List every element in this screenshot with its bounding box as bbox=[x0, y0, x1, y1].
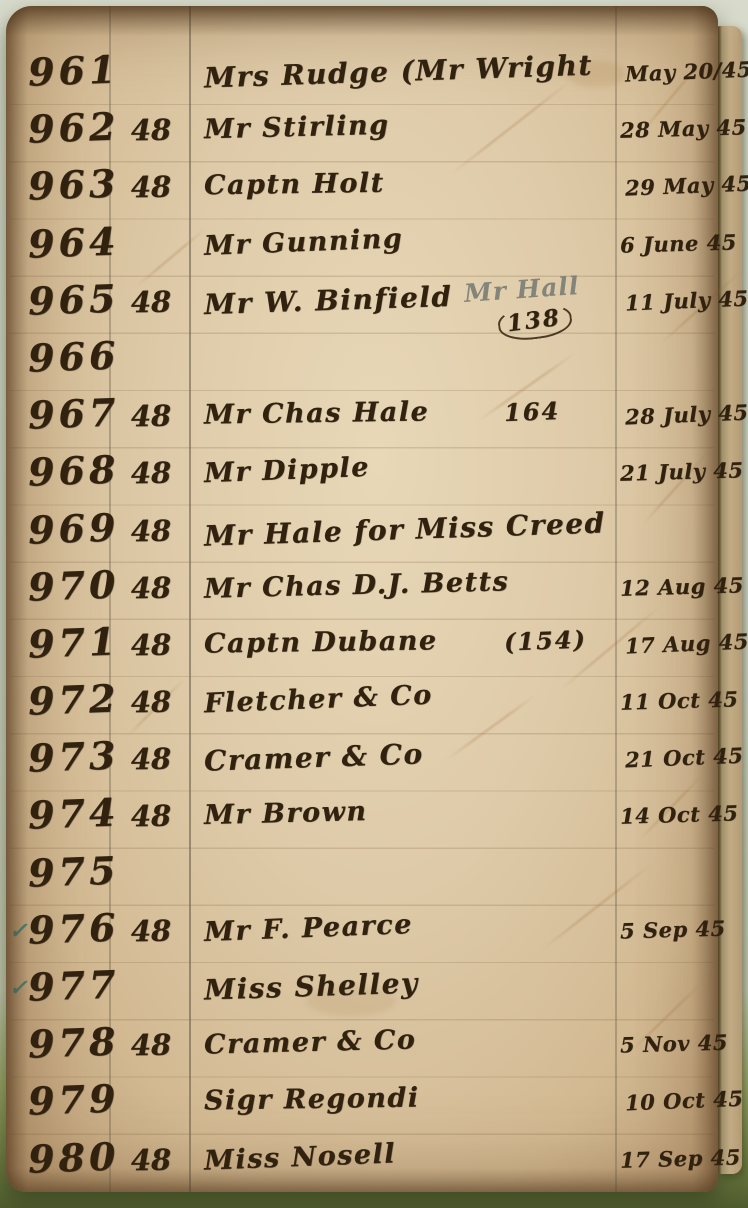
customer-name: Mr Chas Hale bbox=[204, 397, 430, 431]
ledger-row: 964 Mr Gunning 6 June 45 bbox=[6, 220, 718, 277]
entry-size: 48 bbox=[120, 399, 183, 434]
customer-name: Miss Nosell bbox=[203, 1138, 396, 1176]
ledger-row: 979 Sigr Regondi 10 Oct 45 bbox=[6, 1077, 718, 1134]
entry-number: 970 bbox=[27, 561, 120, 609]
ledger-row: 970 48 Mr Chas D.J. Betts 12 Aug 45 bbox=[6, 563, 718, 620]
entry-number: 975 bbox=[27, 847, 120, 895]
entry-size: 48 bbox=[120, 799, 183, 834]
entry-size: 48 bbox=[120, 627, 183, 662]
customer-name: Mr Dipple bbox=[203, 452, 370, 489]
entry-size: 48 bbox=[120, 1142, 183, 1177]
ledger-row: ✓ 971 48 Captn Dubane (154) 17 Aug 45 bbox=[6, 620, 718, 677]
entry-date: 5 Nov 45 bbox=[620, 1030, 729, 1058]
entry-number: 964 bbox=[27, 218, 120, 266]
ledger-row: 980 48 Miss Nosell 17 Sep 45 bbox=[6, 1135, 718, 1192]
entry-size bbox=[120, 227, 182, 228]
entry-date: May 20/45 bbox=[625, 56, 748, 86]
entry-size: 48 bbox=[120, 742, 183, 777]
entry-date: 28 July 45 bbox=[625, 400, 748, 430]
ledger-row: 966 bbox=[6, 334, 718, 391]
entry-number: 962 bbox=[27, 104, 120, 152]
customer-name: Mrs Rudge (Mr Wright bbox=[204, 49, 594, 95]
ledger-row: 975 bbox=[6, 849, 718, 906]
entry-size: 48 bbox=[120, 513, 183, 548]
customer-name: Mr Hale for Miss Creed bbox=[204, 506, 607, 552]
customer-name: Cramer & Co bbox=[204, 1025, 417, 1061]
customer-name: Captn Holt bbox=[204, 168, 385, 202]
entry-number: 967 bbox=[27, 390, 120, 438]
customer-name: Miss Shelley bbox=[204, 966, 420, 1006]
ledger-row: 965 48 Mr W. Binfield Mr Hall 138 11 Jul… bbox=[6, 277, 718, 334]
margin-checkmark-icon: ✓ bbox=[9, 975, 27, 1001]
ledger-row: 967 48 Mr Chas Hale 164 28 July 45 bbox=[6, 391, 718, 448]
margin-checkmark-icon: ✓ bbox=[9, 918, 27, 944]
customer-name: Mr Chas D.J. Betts bbox=[204, 566, 510, 604]
entry-number: 969 bbox=[27, 504, 120, 552]
ledger-row: ✓ 977 Miss Shelley bbox=[6, 963, 718, 1020]
customer-name: Mr Brown bbox=[204, 796, 368, 831]
customer-name: Mr F. Pearce bbox=[203, 909, 413, 948]
ledger-row: 962 48 Mr Stirling 28 May 45 bbox=[6, 105, 718, 162]
entry-number: 966 bbox=[27, 332, 120, 380]
customer-name: Sigr Regondi bbox=[204, 1083, 420, 1117]
entry-number: 965 bbox=[27, 275, 120, 323]
customer-name: Fletcher & Co bbox=[203, 680, 433, 720]
entry-date: 10 Oct 45 bbox=[625, 1086, 744, 1116]
ledger-row: ✓ 976 48 Mr F. Pearce 5 Sep 45 bbox=[6, 906, 718, 963]
entry-size: 48 bbox=[120, 913, 183, 948]
entry-date: 28 May 45 bbox=[620, 114, 747, 143]
entry-size: 48 bbox=[120, 170, 183, 205]
entry-date: 21 Oct 45 bbox=[625, 743, 744, 773]
customer-name: Mr W. Binfield bbox=[204, 280, 453, 321]
entry-size bbox=[120, 341, 182, 342]
ledger-row: 978 48 Cramer & Co 5 Nov 45 bbox=[6, 1020, 718, 1077]
entry-size: 48 bbox=[120, 456, 183, 491]
entry-date: 21 July 45 bbox=[620, 458, 744, 486]
entry-size bbox=[120, 856, 182, 857]
next-page-edge bbox=[716, 26, 742, 1174]
ledger-row: 968 48 Mr Dipple 21 July 45 bbox=[6, 448, 718, 505]
ledger-row: 973 48 Cramer & Co 21 Oct 45 bbox=[6, 734, 718, 791]
entry-number: 973 bbox=[27, 733, 120, 781]
customer-name: Captn Dubane bbox=[204, 625, 438, 659]
entry-date: 14 Oct 45 bbox=[620, 801, 739, 829]
entry-size bbox=[120, 970, 182, 971]
annotation-pencil: Mr Hall bbox=[463, 271, 580, 308]
ledger-rows: 961 Mrs Rudge (Mr Wright May 20/45 962 4… bbox=[6, 48, 718, 1192]
entry-date: 5 Sep 45 bbox=[620, 915, 726, 943]
entry-number: 971 bbox=[27, 618, 120, 666]
entry-date: 11 July 45 bbox=[625, 285, 748, 315]
entry-size: 48 bbox=[120, 113, 183, 148]
ledger-row: 961 Mrs Rudge (Mr Wright May 20/45 bbox=[6, 48, 718, 105]
ledger-row: 974 48 Mr Brown 14 Oct 45 bbox=[6, 791, 718, 848]
ledger-page: 961 Mrs Rudge (Mr Wright May 20/45 962 4… bbox=[6, 6, 718, 1192]
entry-number: 968 bbox=[27, 447, 120, 495]
entry-number: 979 bbox=[27, 1076, 120, 1124]
entry-number: 974 bbox=[27, 790, 120, 838]
entry-size: 48 bbox=[120, 685, 183, 720]
entry-number: 972 bbox=[27, 675, 120, 723]
entry-date: 17 Aug 45 bbox=[625, 628, 748, 658]
entry-size bbox=[120, 1085, 182, 1086]
ledger-row: 963 48 Captn Holt 29 May 45 bbox=[6, 162, 718, 219]
entry-size: 48 bbox=[120, 1028, 183, 1063]
entry-size bbox=[120, 55, 182, 56]
ledger-row: 969 48 Mr Hale for Miss Creed bbox=[6, 506, 718, 563]
entry-date: 11 Oct 45 bbox=[620, 686, 739, 714]
entry-size: 48 bbox=[120, 284, 183, 319]
annotation-ink: 164 bbox=[504, 396, 561, 427]
entry-number: 980 bbox=[27, 1133, 120, 1181]
ledger-row: 972 48 Fletcher & Co 11 Oct 45 bbox=[6, 677, 718, 734]
entry-number: 963 bbox=[27, 161, 120, 209]
entry-date: 17 Sep 45 bbox=[620, 1144, 741, 1172]
entry-number: 961 bbox=[27, 46, 120, 94]
customer-name: Mr Stirling bbox=[204, 110, 390, 146]
entry-number: 978 bbox=[27, 1019, 120, 1067]
entry-number: 977 bbox=[27, 961, 120, 1009]
entry-size: 48 bbox=[120, 570, 183, 605]
entry-number: 976 bbox=[27, 904, 120, 952]
customer-name: Cramer & Co bbox=[204, 738, 425, 778]
annotation-ink: (154) bbox=[504, 624, 588, 656]
customer-name: Mr Gunning bbox=[203, 223, 403, 262]
entry-date: 12 Aug 45 bbox=[620, 572, 744, 600]
entry-date: 6 June 45 bbox=[620, 229, 737, 257]
